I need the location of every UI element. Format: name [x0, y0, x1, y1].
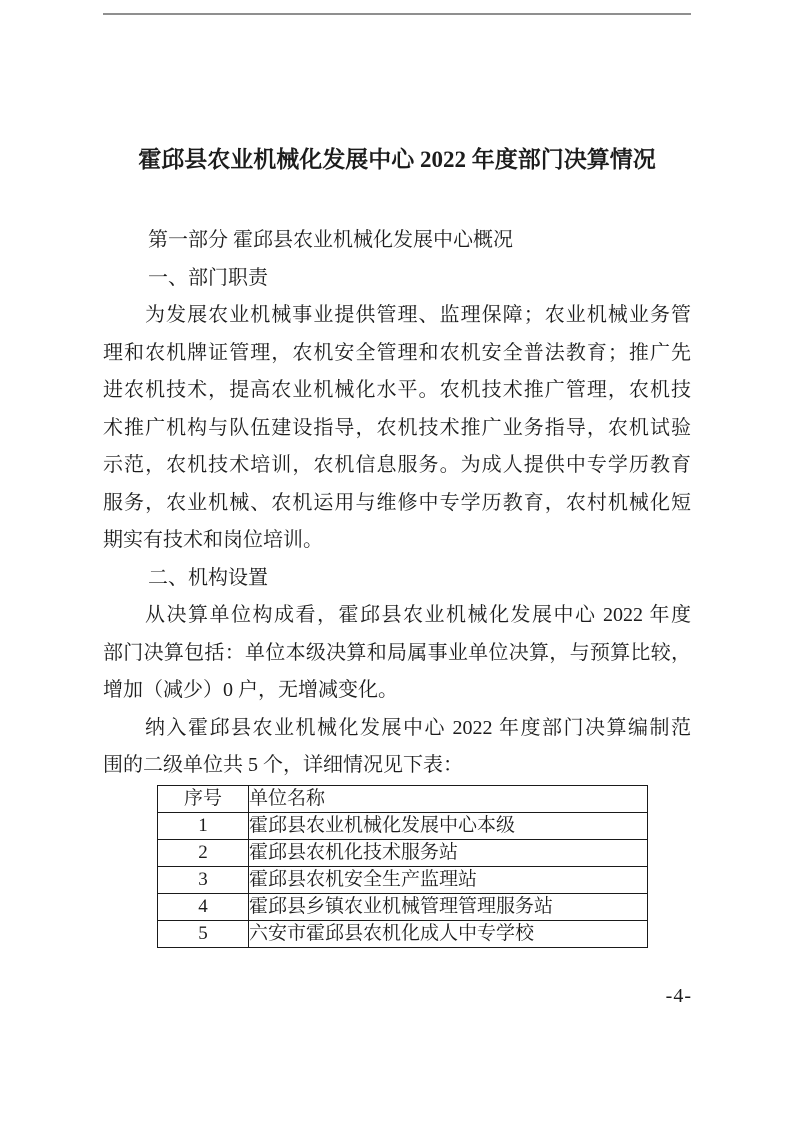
table-cell-seq: 1 — [158, 812, 249, 839]
table-cell-name: 霍邱县农机安全生产监理站 — [249, 866, 648, 893]
heading-duties: 一、部门职责 — [103, 260, 691, 298]
table-header-seq: 序号 — [158, 785, 249, 812]
document-page: 霍邱县农业机械化发展中心 2022 年度部门决算情况 第一部分 霍邱县农业机械化… — [0, 0, 793, 1121]
table-row: 3 霍邱县农机安全生产监理站 — [158, 866, 648, 893]
page-number: -4- — [666, 985, 692, 1008]
table-row: 5 六安市霍邱县农机化成人中专学校 — [158, 920, 648, 947]
table-cell-name: 霍邱县乡镇农业机械管理管理服务站 — [249, 893, 648, 920]
paragraph-line: 部门决算包括：单位本级决算和局属事业单位决算，与预算比较， — [103, 635, 691, 673]
paragraph-line: 纳入霍邱县农业机械化发展中心 2022 年度部门决算编制范 — [103, 710, 691, 748]
paragraph-line: 示范，农机技术培训，农机信息服务。为成人提供中专学历教育 — [103, 447, 691, 485]
table-header-name: 单位名称 — [249, 785, 648, 812]
paragraph-line: 进农机技术，提高农业机械化水平。农机技术推广管理，农机技 — [103, 372, 691, 410]
unit-table: 序号 单位名称 1 霍邱县农业机械化发展中心本级 2 霍邱县农机化技术服务站 3… — [157, 785, 648, 948]
paragraph-line: 服务，农业机械、农机运用与维修中专学历教育，农村机械化短 — [103, 485, 691, 523]
table-cell-seq: 5 — [158, 920, 249, 947]
table-cell-seq: 3 — [158, 866, 249, 893]
table-cell-name: 霍邱县农机化技术服务站 — [249, 839, 648, 866]
heading-organization: 二、机构设置 — [103, 560, 691, 598]
page-title: 霍邱县农业机械化发展中心 2022 年度部门决算情况 — [103, 140, 691, 180]
table-cell-name: 霍邱县农业机械化发展中心本级 — [249, 812, 648, 839]
paragraph-line: 理和农机牌证管理，农机安全管理和农机安全普法教育；推广先 — [103, 335, 691, 373]
header-rule-divider — [103, 13, 691, 15]
table-row: 1 霍邱县农业机械化发展中心本级 — [158, 812, 648, 839]
paragraph-line: 围的二级单位共 5 个，详细情况见下表： — [103, 747, 691, 785]
paragraph-line: 从决算单位构成看，霍邱县农业机械化发展中心 2022 年度 — [103, 597, 691, 635]
paragraph-line: 术推广机构与队伍建设指导，农机技术推广业务指导，农机试验 — [103, 410, 691, 448]
heading-part1: 第一部分 霍邱县农业机械化发展中心概况 — [103, 222, 691, 260]
paragraph-line: 增加（减少）0 户，无增减变化。 — [103, 672, 691, 710]
table-cell-seq: 2 — [158, 839, 249, 866]
table-cell-name: 六安市霍邱县农机化成人中专学校 — [249, 920, 648, 947]
paragraph-line: 为发展农业机械事业提供管理、监理保障；农业机械业务管 — [103, 297, 691, 335]
paragraph-line: 期实有技术和岗位培训。 — [103, 522, 691, 560]
table-row: 2 霍邱县农机化技术服务站 — [158, 839, 648, 866]
table-header-row: 序号 单位名称 — [158, 785, 648, 812]
table-row: 4 霍邱县乡镇农业机械管理管理服务站 — [158, 893, 648, 920]
document-content: 霍邱县农业机械化发展中心 2022 年度部门决算情况 第一部分 霍邱县农业机械化… — [103, 140, 691, 948]
table-cell-seq: 4 — [158, 893, 249, 920]
